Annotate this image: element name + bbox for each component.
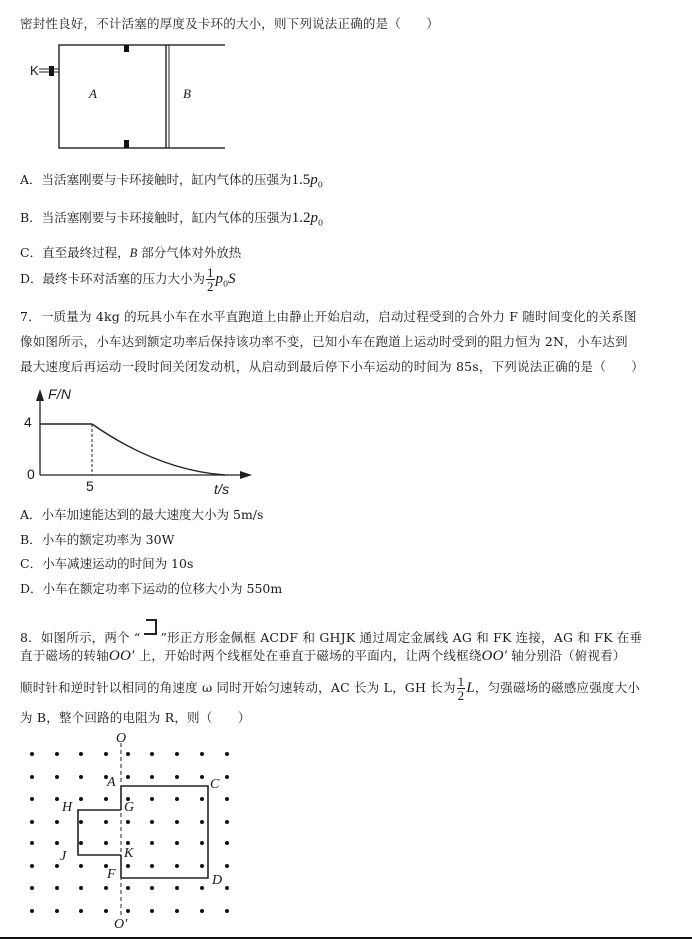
q6-option-a: A．当活塞刚要与卡环接触时，缸内气体的压强为1.5p0: [20, 170, 323, 190]
option-text: 当活塞刚要与卡环接触时，缸内气体的压强为: [42, 172, 292, 187]
q8-stem-line-2: 直于磁场的转轴OO′ 上，开始时两个线框处在垂直于磁场的平面内，让两个线框绕OO…: [20, 646, 626, 665]
point-g-label: G: [124, 800, 134, 816]
q7-stem-line-2: 像如图所示，小车达到额定功率后保持该功率不变，已知小车在跑道上运动时受到的阻力恒…: [20, 332, 628, 350]
graph-y-label: F/N: [48, 386, 71, 402]
q7-stem-line-3: 最大速度后再运动一段时间关闭发动机，从启动到最后停下小车运动的时间为 85s，下…: [20, 357, 644, 375]
frac-den: 2: [206, 280, 215, 293]
graph-origin: 0: [27, 466, 35, 482]
option-text: 小车的额定功率为 30W: [42, 532, 175, 547]
option-text: 小车在额定功率下运动的位移大小为 550m: [43, 581, 283, 596]
option-key: C．: [20, 556, 42, 571]
option-math: 1.2: [292, 210, 311, 226]
point-k-label: K: [124, 846, 134, 862]
q8-stem-line-3: 顺时针和逆时针以相同的角速度 ω 同时开始匀速转动，AC 长为 L，GH 长为1…: [20, 675, 640, 702]
point-f-label: F: [107, 867, 116, 883]
q7-option-b: B．小车的额定功率为 30W: [20, 530, 174, 548]
q7-option-a: A．小车加速能达到的最大速度大小为 5m/s: [20, 505, 263, 523]
option-key: B．: [20, 532, 42, 547]
stem-text: ，匀强磁场的磁感应强度大小: [475, 680, 640, 695]
option-var: p: [216, 271, 224, 287]
option-key: A．: [20, 172, 42, 187]
stem-text: 8．如图所示，两个 “: [20, 630, 141, 645]
q8-stem-line-1: 8．如图所示，两个 “ ”形正方形金佩框 ACDF 和 GHJK 通过周定金属线…: [20, 622, 642, 646]
valve-label: K: [30, 63, 39, 78]
axis-o-prime-label: O′: [114, 917, 128, 933]
axis-label: OO′: [482, 648, 508, 664]
stem-text: 顺时针和逆时针以相同的角速度 ω 同时开始匀速转动，AC 长为 L，GH 长为: [20, 680, 456, 695]
graph-x-tick: 5: [86, 478, 94, 494]
q7-option-d: D．小车在额定功率下运动的位移大小为 550m: [20, 579, 282, 597]
graph-x-label: t/s: [214, 481, 229, 497]
frac-num: 1: [206, 266, 215, 280]
stem-text: ”形正方形金佩框 ACDF 和 GHJK 通过周定金属线 AG 和 FK 连接，…: [161, 630, 643, 645]
axis-label: OO′: [109, 648, 135, 664]
option-key: A．: [20, 507, 42, 522]
option-var: S: [228, 271, 236, 287]
option-text: 当活塞刚要与卡环接触时，缸内气体的压强为: [42, 210, 292, 225]
stem-var: L: [466, 680, 475, 696]
point-a-label: A: [107, 775, 116, 791]
fraction: 12: [206, 266, 215, 293]
q8-magnetic-field-diagram: [0, 725, 260, 935]
option-math: 1.5: [292, 172, 311, 188]
stem-text: 上，开始时两个线框处在垂直于磁场的平面内，让两个线框绕: [134, 648, 481, 663]
graph-y-tick: 4: [24, 414, 32, 430]
option-text: 小车加速能达到的最大速度大小为 5m/s: [42, 507, 264, 522]
option-key: C．: [20, 245, 42, 260]
option-sub: 0: [318, 181, 323, 190]
option-key: D．: [20, 581, 43, 596]
q6-option-d: D．最终卡环对活塞的压力大小为12p0S: [20, 266, 236, 293]
point-c-label: C: [210, 777, 220, 793]
q6-option-b: B．当活塞刚要与卡环接触时，缸内气体的压强为1.2p0: [20, 208, 323, 228]
stem-text: 轴分别沿（俯视看）: [507, 648, 625, 663]
option-sub: 0: [318, 219, 323, 228]
option-var: p: [310, 172, 318, 188]
point-d-label: D: [212, 873, 222, 889]
option-var: p: [310, 210, 318, 226]
option-key: B．: [20, 210, 42, 225]
q7-option-c: C．小车减速运动的时间为 10s: [20, 554, 193, 572]
q8-stem-line-4: 为 B，整个回路的电阻为 R，则（ ）: [20, 708, 251, 726]
q6-option-c: C．直至最终过程，B 部分气体对外放热: [20, 243, 241, 261]
fraction: 12: [457, 675, 466, 702]
point-j-label: J: [60, 849, 66, 865]
point-h-label: H: [62, 800, 72, 816]
option-text: 直至最终过程，: [42, 245, 130, 260]
stem-text: 直于磁场的转轴: [20, 648, 109, 663]
option-text: 小车减速运动的时间为 10s: [42, 556, 193, 571]
q6-cylinder-diagram: [25, 40, 225, 150]
chamber-a-label: A: [89, 86, 97, 102]
frac-num: 1: [457, 675, 466, 689]
page-bottom-rule: [0, 937, 692, 939]
option-text: 最终卡环对活塞的压力大小为: [43, 271, 206, 286]
option-key: D．: [20, 271, 43, 286]
frac-den: 2: [457, 689, 466, 702]
chamber-b-label: B: [183, 86, 191, 102]
field-dots: [30, 752, 229, 913]
bracket-shape-icon: [143, 618, 159, 636]
q6-stem-text: 密封性良好，不计活塞的厚度及卡环的大小，则下列说法正确的是（ ）: [20, 14, 439, 32]
q7-stem-line-1: 7．一质量为 4kg 的玩具小车在水平直跑道上由静止开始启动，启动过程受到的合外…: [20, 307, 637, 325]
axis-o-label: O: [116, 731, 126, 747]
option-text: 部分气体对外放热: [137, 245, 241, 260]
